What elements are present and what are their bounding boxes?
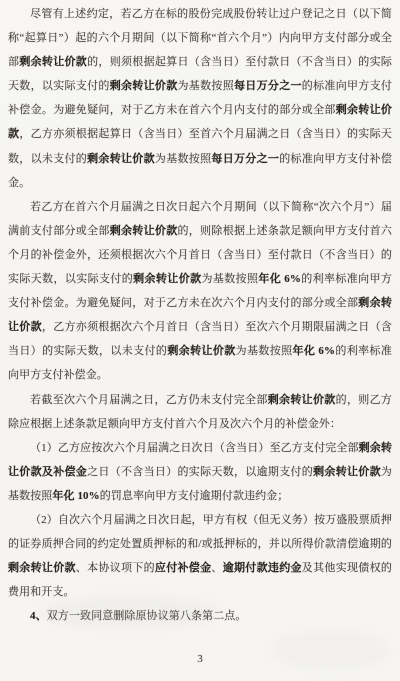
text-run: 为基数按照 [201, 273, 258, 285]
text-run: 为基数按照 [178, 80, 235, 92]
text-run: （1）乙方应按次六个月届满之日次日（含当日）至乙方支付完全部 [30, 442, 359, 454]
paragraph: 尽管有上述约定，若乙方在标的股份完成股份转让过户登记之日（以下简称“起算日”）起… [8, 2, 392, 195]
bold-text-run: 剩余转让价款 [313, 466, 381, 478]
document-body: 尽管有上述约定，若乙方在标的股份完成股份转让过户登记之日（以下简称“起算日”）起… [8, 2, 392, 628]
text-run: 之日（不含当日）的实际天数，以逾期支付的 [87, 466, 313, 478]
bold-text-run: 剩余转让价款 [87, 153, 155, 165]
bold-text-run: 剩余转让价款 [268, 394, 336, 406]
paragraph: 若截至次六个月届满之日，乙方仍未支付完全部剩余转让价款的，则乙方除应根据上述条款… [8, 388, 392, 436]
paragraph: （2）自次六个月届满之日次日起，甲方有权（但无义务）按万盛股票质押的证券质押合同… [8, 508, 392, 604]
bold-text-run: 剩余转让价款 [110, 225, 178, 237]
text-run: 的罚息率向甲方支付逾期付款违约金； [100, 490, 289, 502]
bold-text-run: 逾期付款违约金 [223, 562, 302, 574]
paragraph: 若乙方在首六个月届满之日次日起六个月期间（以下简称“次六个月”）届满前支付部分或… [8, 195, 392, 388]
bold-text-run: 剩余转让价款 [19, 56, 87, 68]
document-page: 尽管有上述约定，若乙方在标的股份完成股份转让过户登记之日（以下简称“起算日”）起… [0, 0, 400, 681]
bold-text-run: 剩余转让价款 [110, 80, 178, 92]
text-run: 、 [211, 562, 222, 574]
bold-text-run: 剩余转让价款 [167, 345, 235, 357]
bold-text-run: 年化 10% [52, 490, 99, 502]
bold-text-run: 年化 6% [258, 273, 301, 285]
text-run: 、本协议项下的 [76, 562, 155, 574]
text-run: 双方一致同意删除原协议第八条第二点。 [47, 610, 247, 622]
text-run: 为基数按照 [155, 153, 212, 165]
bold-text-run: 应付补偿金 [155, 562, 212, 574]
page-number: 3 [0, 653, 400, 665]
bold-text-run: 剩余转让价款 [8, 562, 76, 574]
bold-text-run: 年化 6% [293, 345, 336, 357]
text-run: （2）自次六个月届满之日次日起，甲方有权（但无义务）按万盛股票质押的证券质押合同… [8, 514, 392, 550]
paragraph: （1）乙方应按次六个月届满之日次日（含当日）至乙方支付完全部剩余转让价款及补偿金… [8, 436, 392, 508]
bold-text-run: 每日万分之一 [234, 80, 302, 92]
bold-text-run: 4、 [30, 610, 47, 622]
text-run: 为基数按照 [236, 345, 293, 357]
bold-text-run: 剩余转让价款 [133, 273, 201, 285]
bold-text-run: 每日万分之一 [211, 153, 279, 165]
paragraph: 4、双方一致同意删除原协议第八条第二点。 [8, 604, 392, 628]
text-run: 若截至次六个月届满之日，乙方仍未支付完全部 [30, 394, 268, 406]
